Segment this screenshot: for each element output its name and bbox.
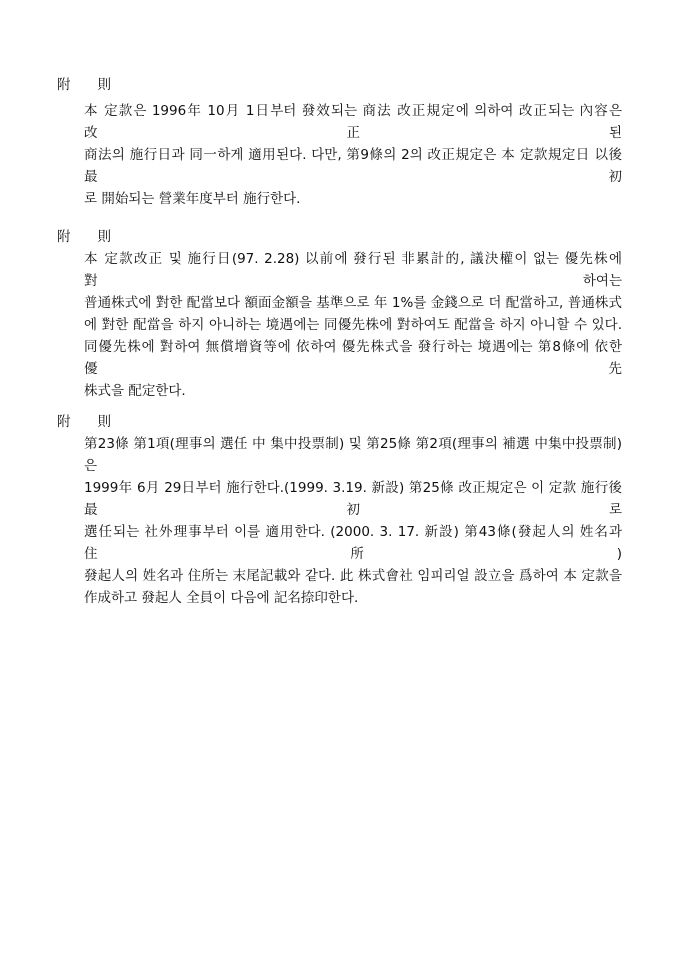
paragraph-line: 作成하고 發起人 全員이 다음에 記名捺印한다. xyxy=(84,587,622,609)
paragraph-line: 選任되는 社外理事부터 이를 適用한다. (2000. 3. 17. 新設) 第… xyxy=(84,521,622,565)
paragraph-line: 同優先株에 對하여 無償增資等에 依하여 優先株式을 發行하는 境遇에는 第8條… xyxy=(84,336,622,380)
section-paragraph: 本 定款改正 및 施行日(97. 2.28) 以前에 發行된 非累計的, 議決權… xyxy=(84,248,622,402)
section-paragraph: 本 定款은 1996年 10月 1日부터 發效되는 商法 改正規定에 의하여 改… xyxy=(84,100,622,210)
paragraph-line: 1999年 6月 29日부터 施行한다.(1999. 3.19. 新設) 第25… xyxy=(84,477,622,521)
paragraph-line: 株式을 配定한다. xyxy=(84,380,622,402)
paragraph-line: 로 開始되는 營業年度부터 施行한다. xyxy=(84,188,622,210)
supplementary-provisions: 附 則本 定款은 1996年 10月 1日부터 發效되는 商法 改正規定에 의하… xyxy=(0,74,680,609)
document-page: 附 則本 定款은 1996年 10月 1日부터 發效되는 商法 改正規定에 의하… xyxy=(0,0,680,962)
paragraph-line: 에 對한 配當을 하지 아니하는 境遇에는 同優先株에 對하여도 配當을 하지 … xyxy=(84,314,622,336)
supplementary-provision-section: 附 則第23條 第1項(理事의 選任 中 集中投票制) 및 第25條 第2項(理… xyxy=(0,411,680,609)
section-heading: 附 則 xyxy=(57,226,680,248)
section-heading: 附 則 xyxy=(57,411,680,433)
paragraph-line: 第23條 第1項(理事의 選任 中 集中投票制) 및 第25條 第2項(理事의 … xyxy=(84,433,622,477)
supplementary-provision-section: 附 則本 定款改正 및 施行日(97. 2.28) 以前에 發行된 非累計的, … xyxy=(0,226,680,402)
section-paragraph: 第23條 第1項(理事의 選任 中 集中投票制) 및 第25條 第2項(理事의 … xyxy=(84,433,622,609)
paragraph-line: 商法의 施行日과 同一하게 適用된다. 다만, 第9條의 2의 改正規定은 本 … xyxy=(84,144,622,188)
section-heading: 附 則 xyxy=(57,74,680,96)
supplementary-provision-section: 附 則本 定款은 1996年 10月 1日부터 發效되는 商法 改正規定에 의하… xyxy=(0,74,680,210)
paragraph-line: 本 定款은 1996年 10月 1日부터 發效되는 商法 改正規定에 의하여 改… xyxy=(84,100,622,144)
paragraph-line: 普通株式에 對한 配當보다 額面金額을 基準으로 年 1%를 金錢으로 더 配當… xyxy=(84,292,622,314)
paragraph-line: 發起人의 姓名과 住所는 末尾記載와 같다. 此 株式會社 임피리얼 設立을 爲… xyxy=(84,565,622,587)
paragraph-line: 本 定款改正 및 施行日(97. 2.28) 以前에 發行된 非累計的, 議決權… xyxy=(84,248,622,292)
